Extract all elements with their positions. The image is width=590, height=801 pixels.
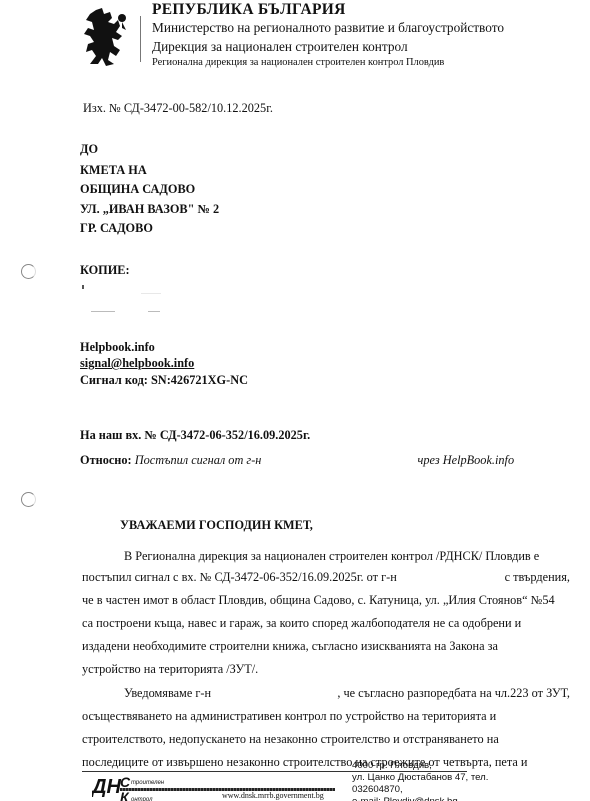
body-line: издадени необходимите строителни книжа, …	[82, 639, 498, 654]
country-title: РЕПУБЛИКА БЪЛГАРИЯ	[152, 1, 346, 19]
outgoing-reference: Изх. № СД-3472-00-582/10.12.2025г.	[83, 101, 273, 116]
incoming-reference: На наш вх. № СД-3472-06-352/16.09.2025г.	[80, 428, 310, 443]
punch-hole-mark	[21, 492, 36, 507]
footer-address-line: ул. Цанко Дюстабанов 47, тел.	[352, 772, 488, 783]
body-line: устройство на територията /ЗУТ/.	[82, 662, 258, 677]
regional-directorate-name: Регионална дирекция за национален строит…	[152, 57, 444, 68]
addressee-line: КМЕТА НА	[80, 163, 147, 178]
salutation: УВАЖАЕМИ ГОСПОДИН КМЕТ,	[120, 518, 313, 533]
body-text-fragment: , че съгласно разпоредбата на чл.223 от …	[337, 686, 570, 701]
body-line: последиците от извършено незаконно строи…	[82, 755, 528, 770]
addressee-line: УЛ. „ИВАН ВАЗОВ" № 2	[80, 202, 219, 217]
copy-recipient-site: Helpbook.info	[80, 340, 155, 355]
punch-hole-mark	[21, 264, 36, 279]
addressee-line: ГР. САДОВО	[80, 221, 153, 236]
footer-email-link[interactable]: e-mail: Plovdiv@dnsk.bg	[352, 796, 458, 801]
subject-label: Относно:	[80, 453, 132, 467]
ministry-name: Министерство на регионалното развитие и …	[152, 20, 504, 36]
body-line: са построени къща, навес и гараж, за кои…	[82, 616, 521, 631]
body-line: Уведомяваме г-н , че съгласно разпоредба…	[124, 686, 570, 701]
subject-line: Относно: Постъпил сигнал от г-н чрез Hel…	[80, 453, 514, 468]
dnsk-logo-icon: ДН С К троителен онтрол	[92, 773, 222, 801]
directorate-name: Дирекция за национален строителен контро…	[152, 39, 408, 55]
redacted-mark	[82, 285, 84, 289]
signal-code: Сигнал код: SN:426721XG-NC	[80, 373, 248, 388]
footer-address-line: 032604870,	[352, 784, 403, 795]
svg-text:троителен: троителен	[131, 780, 165, 786]
addressee-line: ДО	[80, 142, 98, 157]
subject-text-start: Постъпил сигнал от г-н	[135, 453, 262, 467]
header-divider	[140, 16, 141, 62]
body-line: осъществяването на административен контр…	[82, 709, 496, 724]
body-line: постъпил сигнал с вх. № СД-3472-06-352/1…	[82, 570, 570, 585]
body-text-fragment: с твърдения,	[505, 570, 570, 585]
body-text-fragment: постъпил сигнал с вх. № СД-3472-06-352/1…	[82, 570, 397, 585]
body-line: В Регионална дирекция за национален стро…	[124, 549, 539, 564]
svg-text:ДН: ДН	[92, 776, 121, 798]
copy-recipient-email-link[interactable]: signal@helpbook.info	[80, 356, 194, 371]
redacted-line	[91, 311, 115, 312]
body-line: строителството, недопускането на незакон…	[82, 732, 499, 747]
addressee-line: ОБЩИНА САДОВО	[80, 182, 195, 197]
body-text-fragment: Уведомяваме г-н	[124, 686, 211, 701]
redacted-line	[141, 293, 161, 294]
subject-text-end: чрез HelpBook.info	[418, 453, 515, 467]
footer-address-line: 4000 гр. Пловдив,	[352, 760, 432, 771]
bulgarian-lion-crest-icon	[82, 6, 132, 68]
copies-label: КОПИЕ:	[80, 263, 130, 278]
body-line: че в частен имот в област Пловдив, общин…	[82, 593, 555, 608]
svg-text:онтрол: онтрол	[131, 797, 153, 801]
redacted-line	[148, 311, 160, 312]
website-link[interactable]: www.dnsk.mrrb.government.bg	[222, 791, 324, 800]
